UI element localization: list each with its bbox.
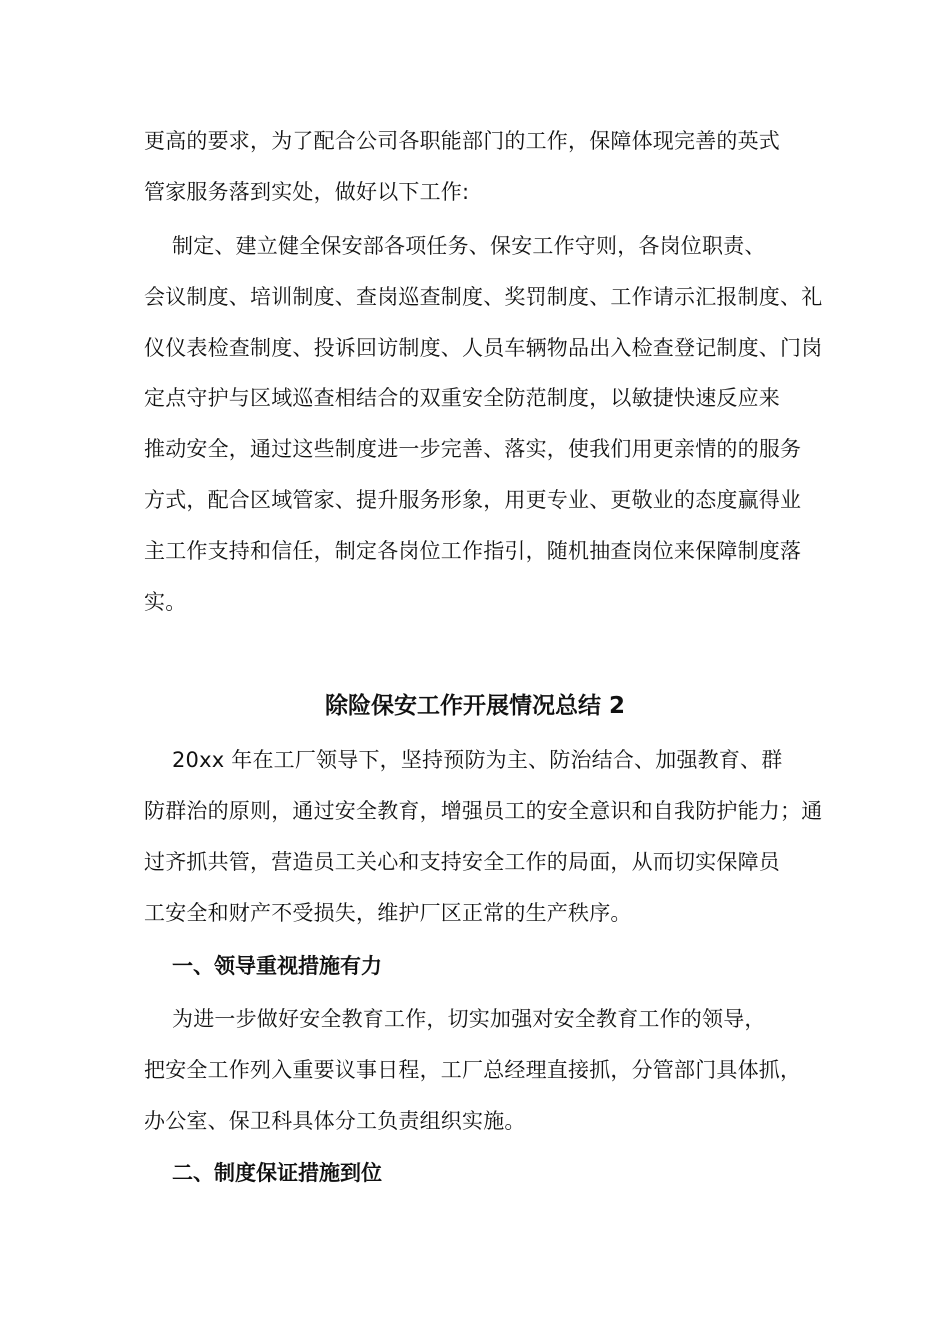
paragraph-line: 把安全工作列入重要议事日程，工厂总经理直接抓，分管部门具体抓， — [144, 1055, 824, 1085]
paragraph-line: 方式，配合区域管家、提升服务形象，用更专业、更敬业的态度赢得业 — [144, 485, 824, 515]
paragraph-line: 制定、建立健全保安部各项任务、保安工作守则，各岗位职责、 — [172, 231, 852, 261]
paragraph-line: 会议制度、培训制度、查岗巡查制度、奖罚制度、工作请示汇报制度、礼 — [144, 282, 824, 312]
paragraph-line: 防群治的原则，通过安全教育，增强员工的安全意识和自我防护能力；通 — [144, 796, 824, 826]
section-title: 除险保安工作开展情况总结 2 — [0, 690, 950, 722]
paragraph-line: 为进一步做好安全教育工作，切实加强对安全教育工作的领导， — [172, 1004, 852, 1034]
paragraph-line: 过齐抓共管，营造员工关心和支持安全工作的局面，从而切实保障员 — [144, 847, 824, 877]
paragraph-line: 定点守护与区域巡查相结合的双重安全防范制度，以敏捷快速反应来 — [144, 383, 824, 413]
paragraph-line: 管家服务落到实处，做好以下工作: — [144, 177, 824, 207]
paragraph-line: 主工作支持和信任，制定各岗位工作指引，随机抽查岗位来保障制度落 — [144, 536, 824, 566]
document-page: 更高的要求，为了配合公司各职能部门的工作，保障体现完善的英式 管家服务落到实处，… — [0, 0, 950, 1344]
paragraph-line: 工安全和财产不受损失，维护厂区正常的生产秩序。 — [144, 898, 824, 928]
paragraph-line: 更高的要求，为了配合公司各职能部门的工作，保障体现完善的英式 — [144, 126, 824, 156]
paragraph-line: 办公室、保卫科具体分工负责组织实施。 — [144, 1106, 824, 1136]
subheading: 一、领导重视措施有力 — [172, 951, 382, 981]
paragraph-line: 推动安全，通过这些制度进一步完善、落实，使我们用更亲情的的服务 — [144, 434, 824, 464]
paragraph-line: 实。 — [144, 587, 824, 617]
paragraph-line: 20xx 年在工厂领导下，坚持预防为主、防治结合、加强教育、群 — [172, 745, 852, 775]
paragraph-line: 仪仪表检查制度、投诉回访制度、人员车辆物品出入检查登记制度、门岗 — [144, 333, 824, 363]
subheading: 二、制度保证措施到位 — [172, 1158, 382, 1188]
